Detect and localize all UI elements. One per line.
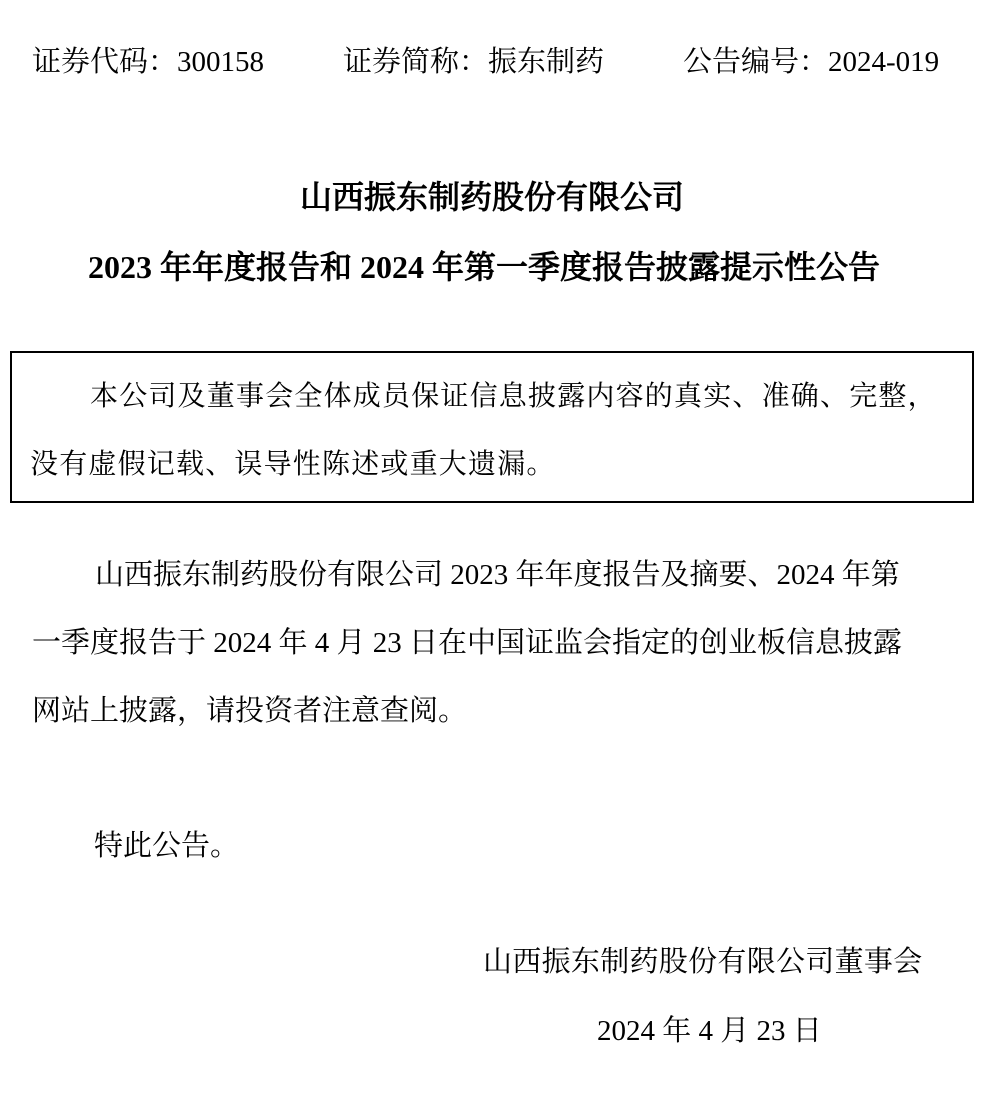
- company-title: 山西振东制药股份有限公司: [0, 172, 992, 222]
- body-text-line-2: 一季度报告于 2024 年 4 月 23 日在中国证监会指定的创业板信息披露: [32, 623, 902, 663]
- signature-date: 2024 年 4 月 23 日: [597, 1011, 822, 1051]
- stock-abbreviation: 证券简称：振东制药: [343, 38, 604, 86]
- assurance-statement-box: 本公司及董事会全体成员保证信息披露内容的真实、准确、完整， 没有虚假记载、误导性…: [10, 351, 974, 503]
- signature-signer: 山西振东制药股份有限公司董事会: [483, 942, 923, 982]
- closing-remark: 特此公告。: [94, 826, 239, 866]
- body-text-line-3: 网站上披露，请投资者注意查阅。: [32, 691, 467, 731]
- statement-line-2: 没有虚假记载、误导性陈述或重大遗漏。: [30, 445, 556, 485]
- body-text-line-1: 山西振东制药股份有限公司 2023 年年度报告及摘要、2024 年第: [95, 555, 900, 595]
- stock-code: 证券代码：300158: [32, 38, 264, 86]
- document-header: 证券代码：300158 证券简称：振东制药 公告编号：2024-019: [0, 38, 1000, 86]
- announcement-title: 2023 年年度报告和 2024 年第一季度报告披露提示性公告: [0, 242, 984, 292]
- announcement-number: 公告编号：2024-019: [683, 38, 939, 86]
- statement-line-1: 本公司及董事会全体成员保证信息披露内容的真实、准确、完整，: [90, 377, 937, 417]
